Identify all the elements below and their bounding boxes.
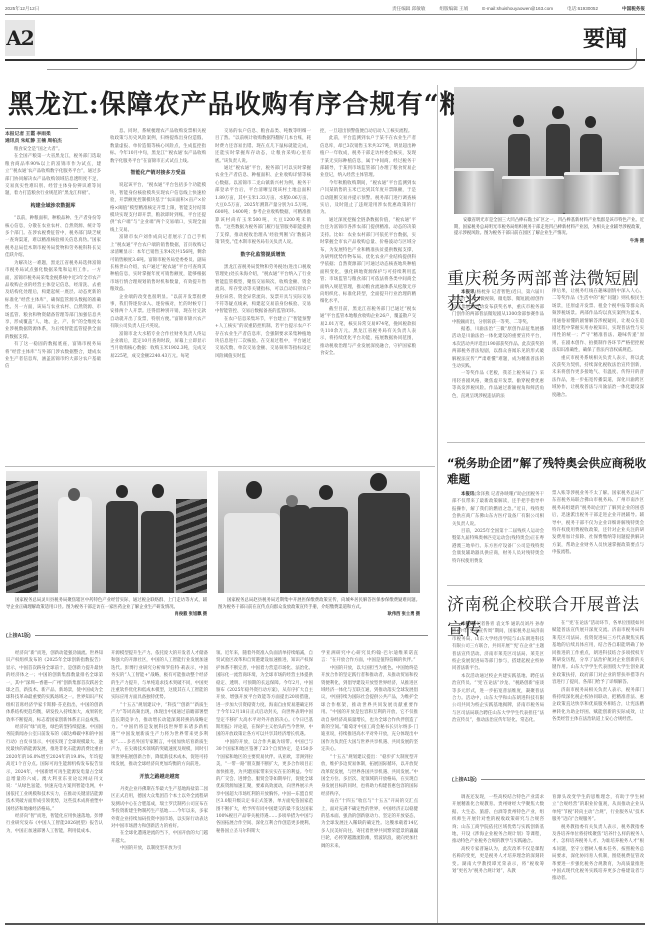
paragraph: 票入账等涉税业务不太了解。国家税务总局广东省税务局联合佛山市税务局、广州市南沙区…	[552, 490, 644, 557]
section-divider	[447, 442, 645, 443]
photo-figure	[319, 485, 333, 500]
author-note: (余泽燕 记者孙映珊)	[474, 492, 515, 497]
lead-column-3: 交易的农户信息、粮食品类、吨数等明细一目了然。“以前统计收购数据得翻好几本台账，…	[215, 128, 311, 462]
page-number: A2	[5, 20, 35, 56]
paragraph: 据悉，川渝法治“三微”原创作品征集展播活动是川渝法治一体化建设的重要宣传平台，本…	[452, 326, 544, 370]
paragraph: 近日，第六届川渝法治“三微”(微视频、微电影、微短剧)原创作品征集展播活动发布获…	[452, 290, 544, 325]
paragraph: 丹麦企业丹佛斯在华最大生产基地海盐第二园区正式启用，德国大众集团首个本土以外全流…	[111, 786, 208, 830]
continued-rule	[481, 779, 645, 780]
paragraph: 交易的农户信息、粮食品类、吨数等明细一目了然。“以前统计收购数据得翻好几本台账，…	[215, 128, 311, 165]
paragraph: 为解决这一难题，黑龙江省税务局选择富锦市税务局试点强化数据采集和运用工作。一方面…	[5, 260, 101, 341]
paragraph: “以前，种粮面积、种粮品种、生产者身份等核心信息，分散在农业农村、自然资源、统计…	[5, 215, 101, 259]
photo-left-caption: 国家税务总局灵川县税务局聚焦辖区中药特色产业经营实际，通过税企联络群、上门走访等…	[6, 598, 207, 618]
photo-right-caption: 国家税务总局赵县税务局近期集中开展医保缴费政策宣传，向城乡居民解答医保参保缴费疑…	[218, 598, 420, 618]
paragraph: 息。同时，系统梳理农产品收购发票相关税收政策与历史风险案例，归纳提炼出身份造假、…	[110, 128, 206, 165]
subheading: 数字化监管提质增效	[215, 252, 311, 259]
paragraph: 通过深度挖掘全链条数据价值，“税农通”平台还为富锦市各涉农部门提供精准、动态的决…	[320, 217, 416, 306]
paragraph: 此前，平台监测到农户于某不在农业生产者信息库，却已3次销售玉米共327吨，明显超…	[320, 135, 416, 179]
paragraph: 中国的开放，以合作共赢为纽带。中国已与30个国家和地区签署了23个自贸协定，是1…	[216, 739, 313, 835]
subheading: 智能化产销对接多方受益	[110, 170, 206, 177]
paragraph: 在“‘宪’在论法”活动环节，各单位围绕如何赋能普法宣传展开深度交流。济南市税务局…	[552, 620, 644, 687]
photo-figure	[106, 501, 138, 593]
paralympics-column-2: 票入账等涉税业务不太了解。国家税务总局广东省税务局联合佛山市税务局、广州市南沙区…	[552, 490, 644, 576]
continued-left-column-4: 学亚洲研究中心研究员约翰·巴尔迪维莱诺直言：“在开放合作方面，中国是值得信赖的伙…	[321, 650, 418, 918]
dateline: 本报讯	[461, 491, 474, 496]
photo-figure	[585, 116, 596, 128]
page-footer-rule	[5, 923, 645, 925]
photo-factory-inspection	[454, 87, 644, 214]
paragraph: 中国的开放，以大国担当为底色。中国始终是开放合作的坚定践行者和推动者，从推动贸易…	[321, 665, 418, 754]
photo-shelf	[6, 481, 38, 593]
photo-top-caption: 安徽省明光市是全国三大凹凸棒石黏土矿区之一，凹凸棒基新材料产业集群是该市特色产业…	[454, 218, 644, 244]
paragraph: 中国的开放，以制度型开放为引	[111, 845, 208, 852]
newspaper-name: 中国税务报	[622, 6, 645, 12]
photo-barrel	[564, 172, 619, 214]
continued-label[interactable]: (上接A1版)	[452, 776, 477, 783]
page-masthead: A2 要闻	[5, 20, 645, 58]
dateline: 本报讯	[461, 289, 475, 294]
paragraph: 一等奖作品《老板，我差上税务局了》采用轻喜剧风格，聚焦虚开发票、偷穿税费优惠等高…	[452, 370, 544, 400]
paragraph: 有了这一稳固的数据底座，富锦市税务局将“经营主体库”与外部门涉农数据整合，建成农…	[5, 341, 101, 371]
photo-insurance-promotion	[218, 471, 420, 593]
masthead-divider	[5, 59, 645, 61]
paragraph: 说起该平台，“税农通”平台包括多个功能模块，智能身份核验模块实现农户信息线上快速…	[110, 182, 206, 234]
column-divider	[437, 85, 438, 923]
photo-figure	[224, 513, 280, 593]
paragraph: 经济向“绿”而进，绿色转型持续提速。中国国务院新闻办公室日前发布的《碳达峰碳中和…	[6, 724, 103, 813]
paragraph: “十五五”规划建议中，“科技”“创新”“新质生产力”等词高频出现，体现出中国通过…	[111, 702, 208, 769]
dateline: 本报讯	[461, 621, 475, 626]
photo-figure	[513, 115, 524, 127]
lead-column-4: 控，一旦超出预警值便自动启动人工核实流程。 此前，平台监测到农户于某不在农业生产…	[320, 128, 416, 462]
lead-article-title: 黑龙江:保障农产品收购有序合规有“粮”方	[8, 84, 510, 121]
photo-figure	[152, 484, 164, 498]
paragraph: 今年秋粮收购期间，“税农通”平台监测到农户闫某销售的玉米已达到其年度开票限额，于…	[320, 180, 416, 217]
photo-barrel	[619, 166, 644, 214]
paragraph: 领。近年来，随着外资准入负面清单持续缩减，自贸试验区改革和自贸港建设加速推进，知…	[216, 650, 313, 739]
continued-from-a1-left: (上接A1版)	[6, 632, 428, 639]
paragraph: 在全国产粮第一大省黑龙江，税务部门选取粮食商品率90%以上的富锦市作为试点，建立…	[5, 153, 101, 197]
continued-left-column-2: 开源模型提升生产力。依托庞大的开发者人才储备和强大的开源社区，中国的人工智能行业…	[111, 650, 208, 918]
paragraph: 在全球化遭遇逆流的当下，中国开放的大门越开越大。	[111, 830, 208, 845]
paralympics-article-title: “税务助企团”解了残特奥会供应商税收难题	[447, 455, 647, 487]
paragraph: 经济向“智”而进，智能化应用快速落地。彭博行业研究发布《中国人工智能2026展望…	[6, 813, 103, 835]
lead-byline: 本报记者 王霞 李雨柔 通讯员 朱虹静 王楠 周柏杰	[5, 128, 78, 145]
chongqing-column-2: 律后果，让税务红线在趣味剧情中深入人心。二等奖作品《生活中的“税”问题》则扎根民…	[552, 288, 644, 438]
paragraph: 在农户信息采集环节，平台建立了“智能预警+人工核实”的双重防控机制。若平台提示农…	[215, 316, 311, 360]
lead-column-2: 息。同时，系统梳理农产品收购发票相关税收政策与历史风险案例，归纳提炼出身份造假、…	[110, 128, 206, 462]
section-name: 要闻	[583, 22, 627, 53]
section-divider	[5, 466, 435, 467]
photo-figure	[552, 106, 564, 119]
paragraph: 粮食安全是“国之大者”。	[5, 146, 101, 153]
paragraph: 经济向“新”而进，创新动能强劲涌流。世界知识产权组织发布的《2025年全球创新指…	[6, 650, 103, 724]
paragraph: 本次活动通过校企共建实践基地、聘任法治宣传员、“‘宪’在论法”沙龙、“税路创新”…	[452, 673, 544, 725]
paragraph: “助企团税务干部不仅带来了最新政策解读，还手把手指导申报操作，解了我们的燃眉之急…	[452, 492, 544, 527]
jinan-column-2: 在“‘宪’在论法”活动环节，各单位围绕如何赋能普法宣传展开深度交流。济南市税务局…	[552, 620, 644, 760]
issue-date: 2025年12月12日	[5, 6, 378, 12]
paragraph: 今年“宪法宣传周”期间，国家税务总局济南市税务局、山东大学经济学院与山东朗进科技…	[452, 629, 544, 671]
paragraph: 高校专家普遍认为，此次改革不仅是课程名称的变更，更是税务人才培养理念的深刻转变。…	[452, 846, 544, 876]
photo-figure	[116, 485, 128, 498]
chongqing-column-1: 本报讯(杨枕身 记者智艳)近日，第六届川渝法治“三微”(微视频、微电影、微短剧)…	[452, 288, 544, 438]
paragraph: 富锦市北大水稻专业合作社财务负责人佟运企业端后，选定10月查询时段，屏幕上立即显…	[110, 331, 206, 361]
paragraph: 济南市税务局相关负责人表示，税务部门将持续深化税企校协同联动，把精准普法、惠企政…	[552, 687, 644, 724]
photo-figure	[68, 488, 80, 501]
paralympics-column-1: 本报讯(余泽燕 记者孙映珊)“助企团税务干部不仅带来了最新政策解读，还手把手指导…	[452, 490, 544, 576]
paragraph: 通过“税农通”平台，税务部门可以实时掌握农业生产者信息、种植面积、企业收购详情等…	[215, 165, 311, 246]
photo-barrel	[454, 168, 494, 214]
paragraph: 黑龙江省税务局货物和劳务税处(进出口税收管理处)处长朱海介绍，“税农通”平台纳入…	[215, 264, 311, 316]
photo-shelf	[176, 499, 207, 593]
editor-credit: 责任编辑 邱敏敏	[392, 6, 425, 12]
paragraph: 控，一旦超出预警值便自动启动人工核实流程。	[320, 128, 416, 135]
continued-right-column-2: 育源头改变学生的思维理念，有助于学生树立“合规经营”的职业价值观，从而推动企业从…	[552, 794, 644, 916]
photo-figure	[280, 505, 310, 593]
paragraph: 律后果，让税务红线在趣味剧情中深入人心。二等奖作品《生活中的“税”问题》则扎根民…	[552, 288, 644, 355]
photo-figure	[246, 481, 262, 499]
contact-phone: 电话:61930052	[567, 6, 598, 12]
photo-credit: 肖俊毅 张旭飘 摄	[6, 611, 207, 618]
subheading: 开放之路越走越宽	[111, 774, 208, 781]
photo-figure	[286, 495, 298, 507]
designer-credit: 组版编辑 王娟	[439, 6, 468, 12]
paragraph: 开源模型提升生产力。依托庞大的开发者人才储备和强大的开源社区，中国的人工智能行业…	[111, 650, 208, 702]
lead-column-1: 粮食安全是“国之大者”。 在全国产粮第一大省黑龙江，税务部门选取粮食商品率90%…	[5, 146, 101, 462]
continued-label[interactable]: (上接A1版)	[6, 632, 31, 639]
caption-text: 国家税务总局赵县税务局近期集中开展医保缴费政策宣传，向城乡居民解答医保参保缴费疑…	[218, 598, 420, 610]
continued-from-a1-right: (上接A1版)	[452, 776, 645, 783]
jinan-column-1: 本报讯(记者鲁青 袁文华 通讯员刘丹 孙春惠)今年“宪法宣传周”期间，国家税务总…	[452, 620, 544, 760]
caption-text: 安徽省明光市是全国三大凹凸棒石黏土矿区之一，凹凸棒基新材料产业集群是该市特色产业…	[454, 218, 644, 236]
photo-figure	[358, 493, 410, 593]
continued-left-column-1: 经济向“新”而进，创新动能强劲涌流。世界知识产权组织发布的《2025年全球创新指…	[6, 650, 103, 918]
paragraph: 富锦市农户刘作成向记者展示了自己手机上“税农通”平台农户端的销售数据，首页收购记…	[110, 234, 206, 293]
photo-credit: 耿伟西 张士勇 摄	[218, 611, 420, 618]
paragraph: 学亚洲研究中心研究员约翰·巴尔迪维莱诺直言：“在开放合作方面，中国是值得信赖的伙…	[321, 650, 418, 665]
photo-pharma-visit	[6, 471, 207, 593]
continued-left-column-3: 领。近年来，随着外资准入负面清单持续缩减，自贸试验区改革和自贸港建设加速推进，知…	[216, 650, 313, 918]
continued-rule	[35, 635, 428, 636]
photo-figure	[308, 507, 348, 593]
continued-right-column-1: 调查还发现，一些高校结合特色产业需求开展精准化合规教育。贵州财经大学聚焦大数据、…	[452, 794, 544, 916]
byline-reporters: 本报记者 王霞 李雨柔	[5, 131, 78, 138]
photo-figure	[370, 473, 387, 491]
paragraph: 重庆市税务系统相关负责人表示，将以此次获奖为契机，持续深化税收法治宣传创新，未来…	[552, 355, 644, 399]
page-header-bar: 2025年12月12日 责任编辑 邱敏敏 组版编辑 王娟 E-mail:shui…	[5, 3, 645, 15]
photo-figure	[141, 511, 174, 593]
paragraph: “十五五”规划建议提出：“稳步扩大制度型开放，维护多边贸易体制，拓展国际循环，以…	[321, 754, 418, 798]
paragraph: 企业端的改变也很明显。“以前开发票很费事，我们得逐份录入、逐份核对，忙的时候专门…	[110, 294, 206, 331]
byline-correspondents: 通讯员 朱虹静 王楠 周柏杰	[5, 138, 78, 145]
paragraph: 调查还发现，一些高校结合特色产业需求开展精准化合规教育。贵州财经大学聚焦大数据、…	[452, 794, 544, 846]
photo-credit: 牛涛 摄	[454, 238, 644, 245]
paragraph: 站在“十四五”收官与“十五五”开局的交汇点上，面对充满不确定性的世界，中国经济正…	[321, 798, 418, 850]
paragraph: 育源头改变学生的思维理念，有助于学生树立“合规经营”的职业价值观，从而推动企业从…	[552, 794, 644, 824]
caption-text: 国家税务总局灵川县税务局聚焦辖区中药特色产业经营实际，通过税企联络群、上门走访等…	[6, 598, 207, 610]
paragraph: 目前，2025年全国第十二届残疾人运动会暨第九届特殊奥林匹克运动会(残特奥会)正…	[452, 528, 544, 565]
section-divider	[447, 585, 645, 586]
photo-figure	[58, 497, 92, 593]
paragraph: 税务教指委有关负责人表示，税务教指委及各培养单位将持续聚焦“培养什么样的税务人才…	[552, 824, 644, 883]
author-note: (杨枕身 记者智艳)	[475, 290, 512, 295]
subheading: 构建全域涉农数据库	[5, 203, 101, 210]
photo-barrel	[502, 176, 564, 214]
contact-email[interactable]: E-mail:shuishouyaowen@163.com	[482, 6, 553, 11]
paragraph: 截至目前，黑龙江省税务部门已通过“税农通”平台监管本地粮食收购企业26户，覆盖散…	[320, 306, 416, 358]
